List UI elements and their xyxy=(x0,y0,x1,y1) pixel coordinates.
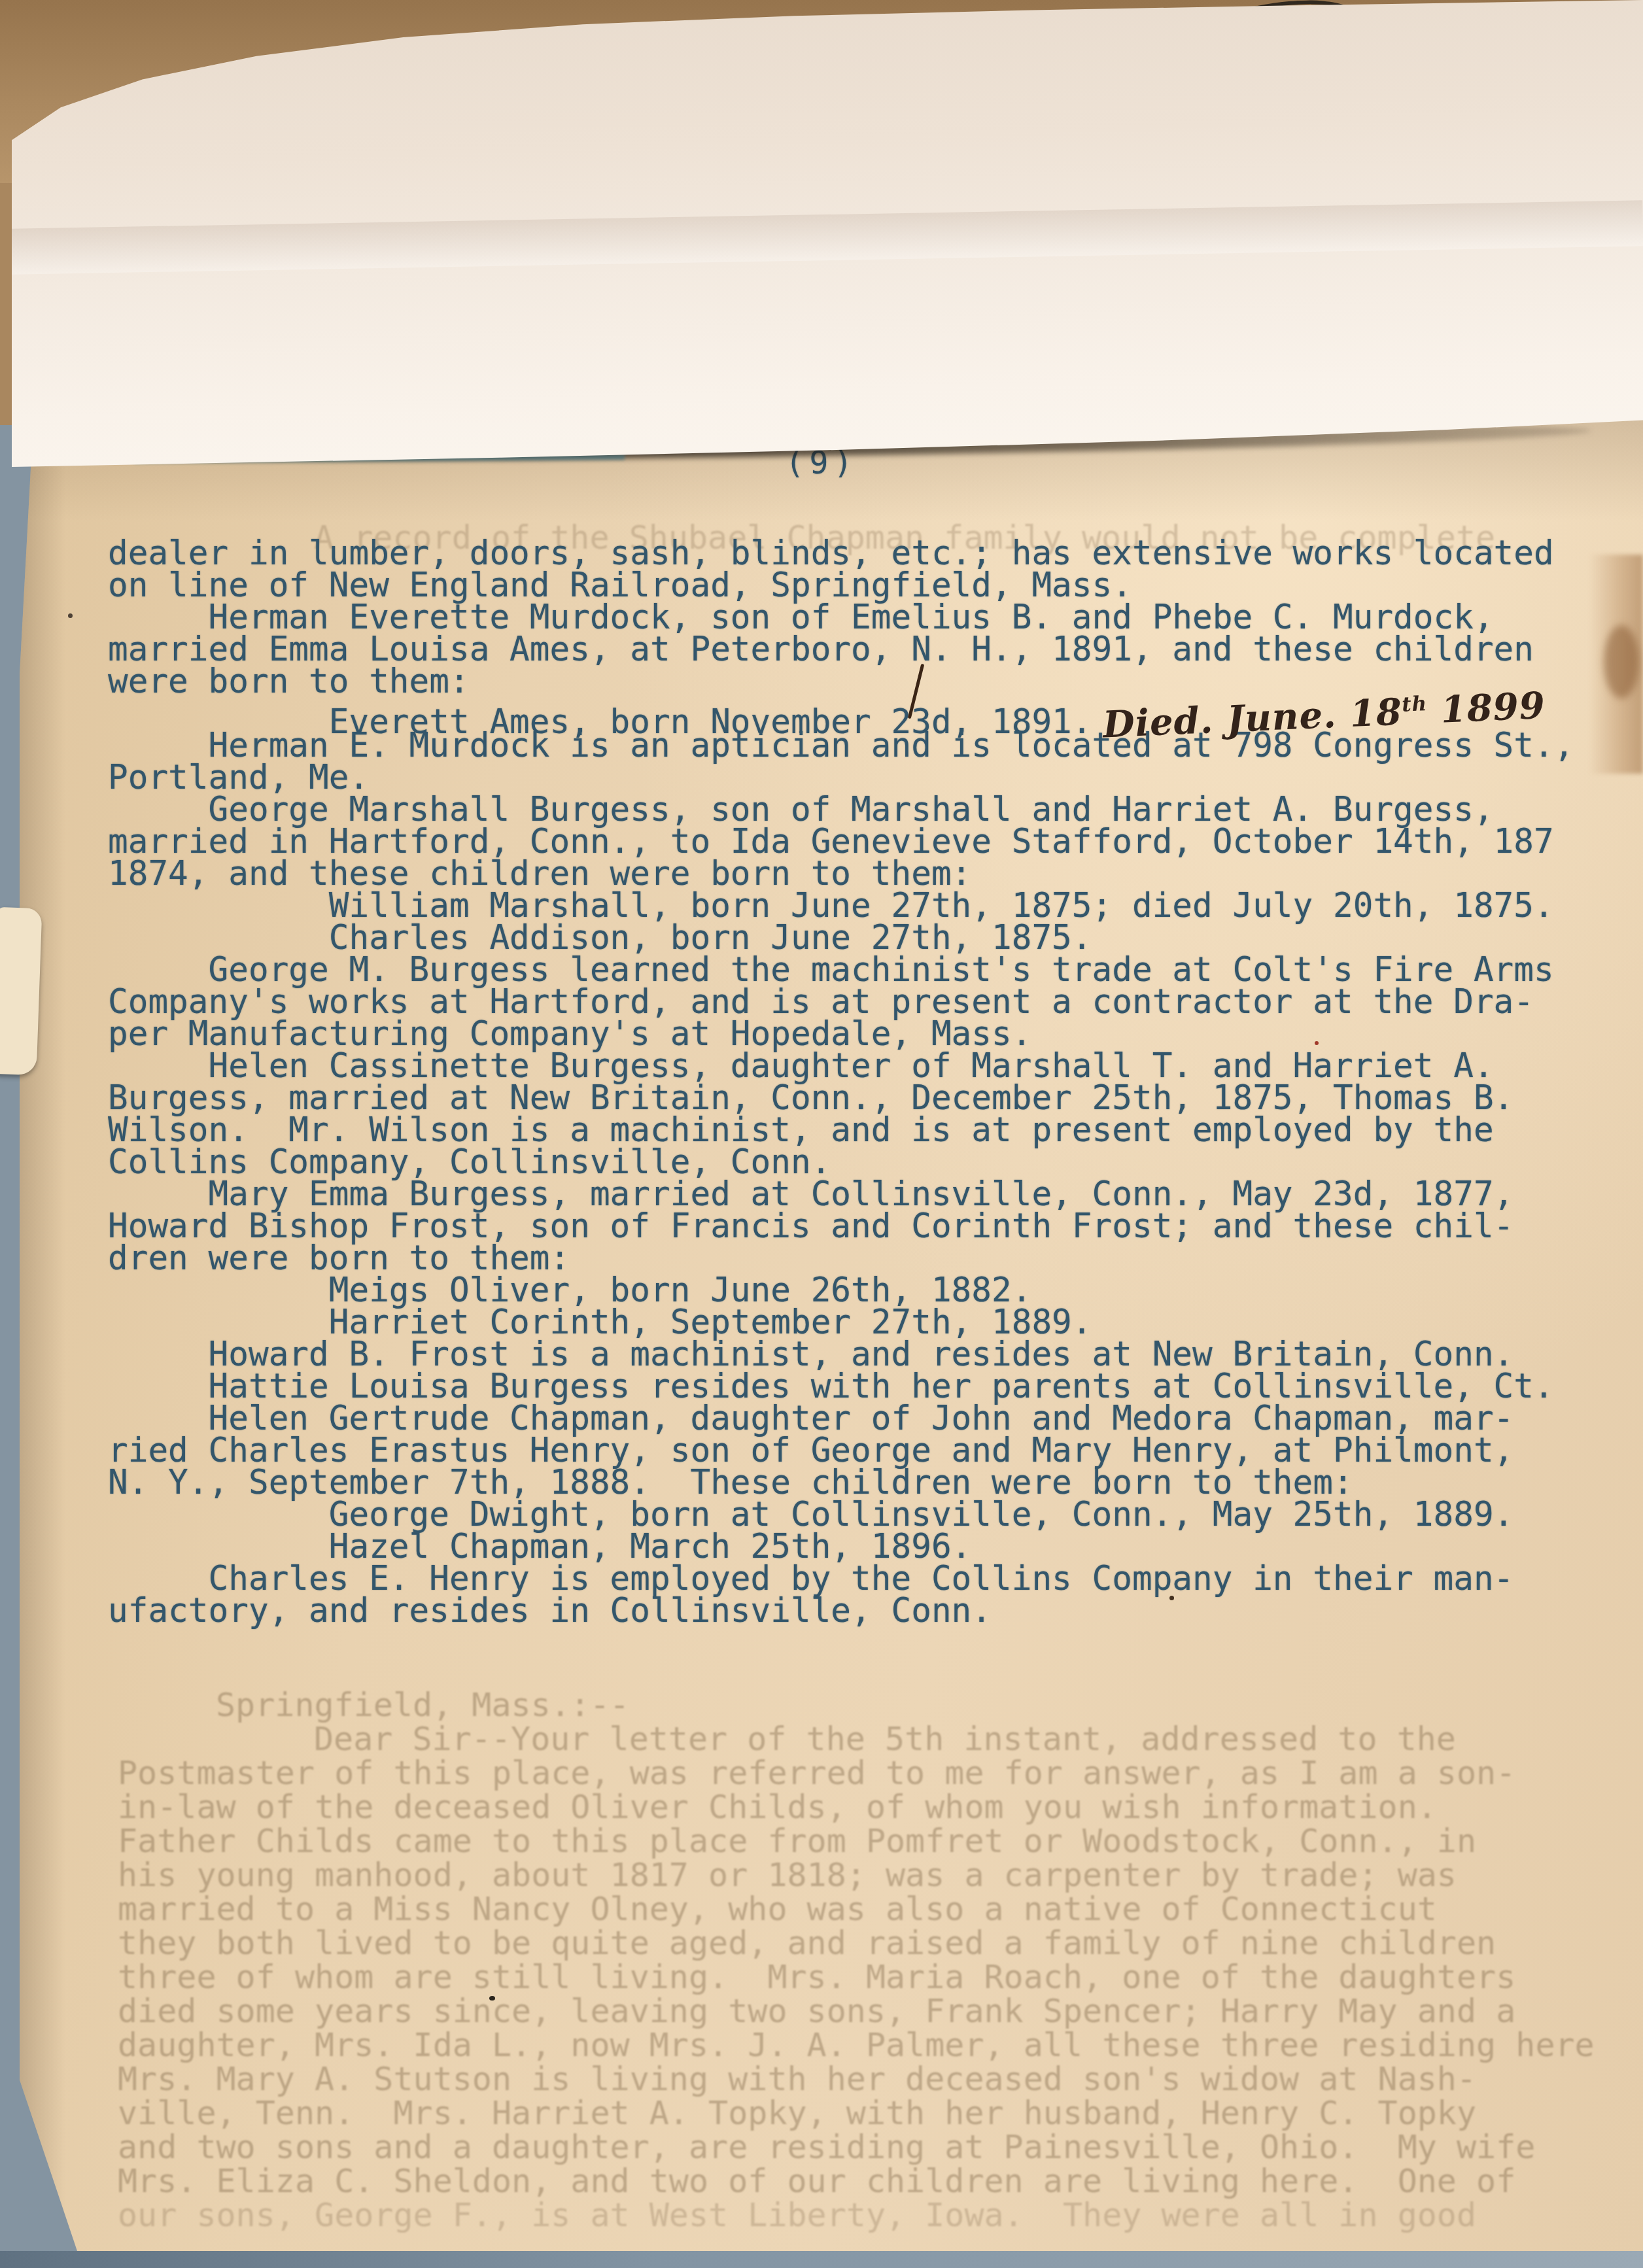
typed-line: Wilson. Mr. Wilson is a machinist, and i… xyxy=(108,1114,1619,1146)
typed-line: Howard Bishop Frost, son of Francis and … xyxy=(108,1211,1619,1243)
ink-speck xyxy=(1169,1596,1174,1600)
torn-paper-tab xyxy=(0,907,42,1075)
bleedthrough-line: Father Childs came to this place from Po… xyxy=(118,1822,1476,1855)
typed-line: 1874, and these children were born to th… xyxy=(108,858,1619,890)
ink-speck xyxy=(1315,1041,1319,1045)
bleedthrough-line: in-law of the deceased Oliver Childs, of… xyxy=(118,1788,1437,1821)
typed-line: Charles Addison, born June 27th, 1875. xyxy=(108,922,1619,954)
bleedthrough-line: Springfield, Mass.:-- xyxy=(216,1686,629,1719)
ink-speck xyxy=(489,1996,495,2001)
bleedthrough-line: three of whom are still living. Mrs. Mar… xyxy=(118,1958,1515,1991)
page-crease xyxy=(12,201,1643,275)
bleedthrough-line: Postmaster of this place, was referred t… xyxy=(118,1754,1515,1787)
typed-line: N. Y., September 7th, 1888. These childr… xyxy=(108,1467,1619,1499)
ink-speck xyxy=(68,613,73,618)
bleedthrough-line: they both lived to be quite aged, and ra… xyxy=(118,1924,1496,1957)
typed-line: Helen Cassinette Burgess, daughter of Ma… xyxy=(108,1050,1619,1082)
bleedthrough-line: Mrs. Eliza C. Sheldon, and two of our ch… xyxy=(118,2162,1515,2195)
typed-line: George Marshall Burgess, son of Marshall… xyxy=(108,794,1619,826)
typed-line: Company's works at Hartford, and is at p… xyxy=(108,986,1619,1018)
typed-line: Collins Company, Collinsville, Conn. xyxy=(108,1146,1619,1178)
typed-line-text: were born to them: xyxy=(108,662,470,701)
typed-line: Herman Everette Murdock, son of Emelius … xyxy=(108,602,1619,634)
bleedthrough-line: and two sons and a daughter, are residin… xyxy=(118,2128,1535,2161)
bleedthrough-line: ville, Tenn. Mrs. Harriet A. Topky, with… xyxy=(118,2094,1476,2127)
book-cover-edge xyxy=(0,2251,1643,2268)
typed-line: Helen Gertrude Chapman, daughter of John… xyxy=(108,1403,1619,1435)
typed-line: Mary Emma Burgess, married at Collinsvil… xyxy=(108,1178,1619,1211)
bleedthrough-line: daughter, Mrs. Ida L., now Mrs. J. A. Pa… xyxy=(118,2026,1595,2059)
bleedthrough-line: died some years since, leaving two sons,… xyxy=(118,1992,1515,2025)
bleedthrough-line: our sons, George F., is at West Liberty,… xyxy=(118,2196,1476,2229)
typed-line: Howard B. Frost is a machinist, and resi… xyxy=(108,1339,1619,1371)
typed-line: on line of New England Railroad, Springf… xyxy=(108,570,1619,602)
bleedthrough-line: married to a Miss Nancy Olney, who was a… xyxy=(118,1890,1437,1923)
typed-line: Herman E. Murdock is an aptician and is … xyxy=(108,730,1619,762)
typed-text-block: dealer in lumber, doors, sash, blinds, e… xyxy=(108,538,1619,1627)
typed-line: Meigs Oliver, born June 26th, 1882. xyxy=(108,1275,1619,1307)
typed-line: Everett Ames, born November 23d, 1891.Di… xyxy=(108,698,1619,730)
typed-line: Charles E. Henry is employed by the Coll… xyxy=(108,1563,1619,1595)
curled-previous-page xyxy=(12,0,1643,467)
typed-line: Hazel Chapman, March 25th, 1896. xyxy=(108,1531,1619,1563)
typed-line: Harriet Corinth, September 27th, 1889. xyxy=(108,1307,1619,1339)
paper-stain-blob xyxy=(1604,625,1639,698)
typed-line: dealer in lumber, doors, sash, blinds, e… xyxy=(108,538,1619,570)
typed-line: Portland, Me. xyxy=(108,762,1619,794)
typed-line: George M. Burgess learned the machinist'… xyxy=(108,954,1619,986)
typed-line: per Manufacturing Company's at Hopedale,… xyxy=(108,1018,1619,1050)
typed-line: married in Hartford, Conn., to Ida Genev… xyxy=(108,826,1619,858)
typed-line: William Marshall, born June 27th, 1875; … xyxy=(108,890,1619,922)
typed-line: Burgess, married at New Britain, Conn., … xyxy=(108,1082,1619,1114)
typed-line: ried Charles Erastus Henry, son of Georg… xyxy=(108,1435,1619,1467)
typed-line: dren were born to them: xyxy=(108,1243,1619,1275)
typed-line: married Emma Louisa Ames, at Peterboro, … xyxy=(108,634,1619,666)
bleedthrough-line: Mrs. Mary A. Stutson is living with her … xyxy=(118,2060,1476,2093)
scanned-book-photo: A record of the Shubael Chapman family w… xyxy=(0,0,1643,2268)
typed-line: ufactory, and resides in Collinsville, C… xyxy=(108,1595,1619,1627)
bleedthrough-line: his young manhood, about 1817 or 1818; w… xyxy=(118,1856,1457,1889)
typed-line-text: ufactory, and resides in Collinsville, C… xyxy=(108,1592,992,1630)
typed-line: George Dwight, born at Collinsville, Con… xyxy=(108,1499,1619,1531)
bleedthrough-line: Dear Sir--Your letter of the 5th instant… xyxy=(314,1720,1456,1753)
typed-line: Hattie Louisa Burgess resides with her p… xyxy=(108,1371,1619,1403)
